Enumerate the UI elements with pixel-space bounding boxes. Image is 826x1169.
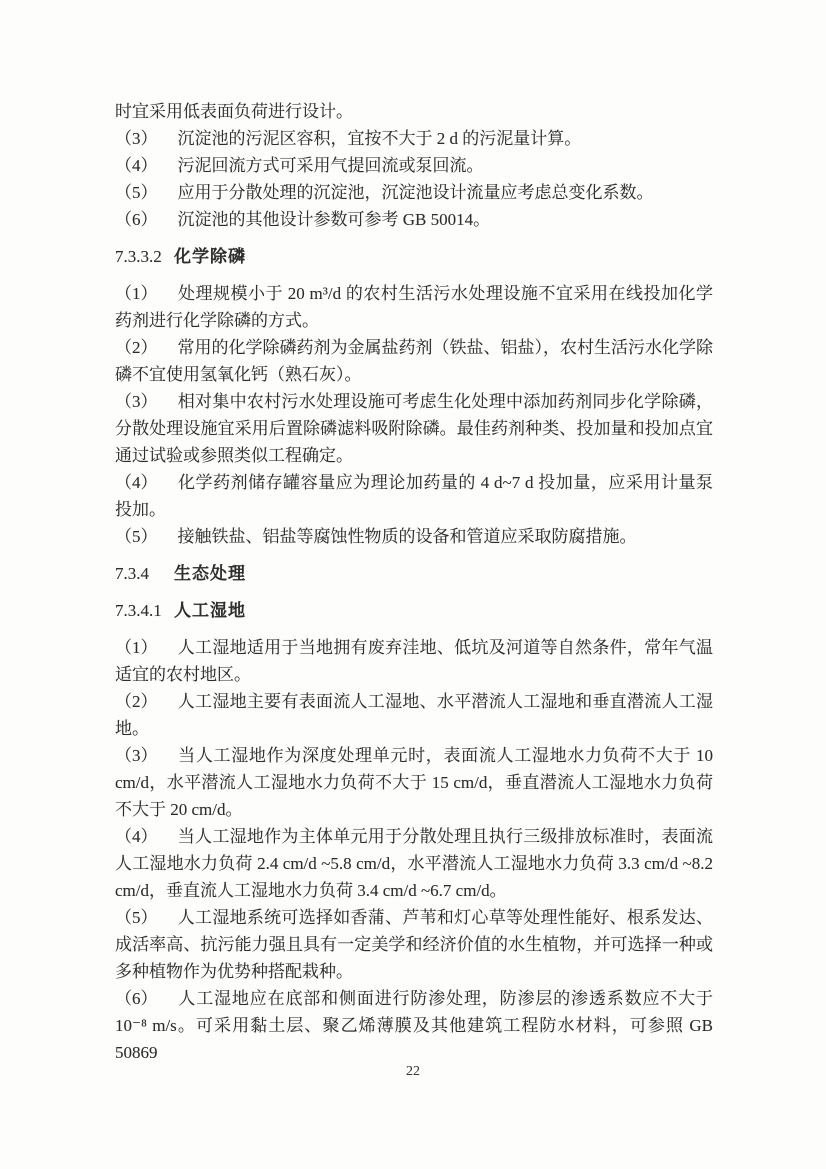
item-text: 常用的化学除磷药剂为金属盐药剂（铁盐、铝盐），农村生活污水化学除磷不宜使用氢氧化…	[115, 338, 713, 384]
heading-number: 7.3.3.2	[115, 243, 174, 270]
item-marker: （6）	[115, 985, 158, 1012]
numbered-item: （3）相对集中农村污水处理设施可考虑生化处理中添加药剂同步化学除磷，分散处理设施…	[115, 388, 713, 469]
heading-title: 化学除磷	[174, 247, 246, 266]
document-body: 时宜采用低表面负荷进行设计。 （3）沉淀池的污泥区容积，宜按不大于 2 d 的污…	[115, 98, 713, 1066]
heading-number: 7.3.4.1	[115, 597, 174, 624]
item-marker: （3）	[115, 742, 158, 769]
heading-title: 生态处理	[174, 564, 246, 583]
item-marker: （5）	[115, 179, 158, 206]
item-text: 人工湿地适用于当地拥有废弃洼地、低坑及河道等自然条件，常年气温适宜的农村地区。	[115, 638, 713, 684]
numbered-item: （6）人工湿地应在底部和侧面进行防渗处理，防渗层的渗透系数应不大于 10⁻⁸ m…	[115, 985, 713, 1066]
item-text: 化学药剂储存罐容量应为理论加药量的 4 d~7 d 投加量，应采用计量泵投加。	[115, 473, 713, 519]
heading-number: 7.3.4	[115, 560, 174, 587]
numbered-item: （4）当人工湿地作为主体单元用于分散处理且执行三级排放标准时，表面流人工湿地水力…	[115, 823, 713, 904]
item-marker: （4）	[115, 152, 158, 179]
item-text: 当人工湿地作为主体单元用于分散处理且执行三级排放标准时，表面流人工湿地水力负荷 …	[115, 827, 713, 900]
document-page: 时宜采用低表面负荷进行设计。 （3）沉淀池的污泥区容积，宜按不大于 2 d 的污…	[0, 0, 826, 1169]
numbered-item: （3）沉淀池的污泥区容积，宜按不大于 2 d 的污泥量计算。	[115, 125, 713, 152]
item-marker: （5）	[115, 523, 158, 550]
item-text: 人工湿地应在底部和侧面进行防渗处理，防渗层的渗透系数应不大于 10⁻⁸ m/s。…	[115, 989, 713, 1062]
item-text: 人工湿地主要有表面流人工湿地、水平潜流人工湿地和垂直潜流人工湿地。	[115, 692, 713, 738]
heading-title: 人工湿地	[174, 601, 246, 620]
item-text: 处理规模小于 20 m³/d 的农村生活污水处理设施不宜采用在线投加化学药剂进行…	[115, 284, 713, 330]
section-heading: 7.3.3.2化学除磷	[115, 243, 713, 270]
page-footer: 22	[0, 1062, 826, 1080]
item-text: 沉淀池的其他设计参数可参考 GB 50014。	[178, 210, 491, 229]
item-text: 相对集中农村污水处理设施可考虑生化处理中添加药剂同步化学除磷，分散处理设施宜采用…	[115, 392, 713, 465]
item-marker: （1）	[115, 634, 158, 661]
section-heading: 7.3.4.1人工湿地	[115, 597, 713, 624]
numbered-item: （6）沉淀池的其他设计参数可参考 GB 50014。	[115, 206, 713, 233]
item-marker: （4）	[115, 823, 158, 850]
paragraph-continuation: 时宜采用低表面负荷进行设计。	[115, 98, 713, 125]
item-marker: （6）	[115, 206, 158, 233]
item-marker: （3）	[115, 388, 158, 415]
item-marker: （2）	[115, 688, 158, 715]
item-text: 人工湿地系统可选择如香蒲、芦苇和灯心草等处理性能好、根系发达、成活率高、抗污能力…	[115, 908, 713, 981]
item-marker: （4）	[115, 469, 158, 496]
numbered-item: （3）当人工湿地作为深度处理单元时，表面流人工湿地水力负荷不大于 10 cm/d…	[115, 742, 713, 823]
item-text: 当人工湿地作为深度处理单元时，表面流人工湿地水力负荷不大于 10 cm/d，水平…	[115, 746, 713, 819]
item-marker: （1）	[115, 280, 158, 307]
numbered-item: （2）人工湿地主要有表面流人工湿地、水平潜流人工湿地和垂直潜流人工湿地。	[115, 688, 713, 742]
section-heading: 7.3.4生态处理	[115, 560, 713, 587]
item-text: 沉淀池的污泥区容积，宜按不大于 2 d 的污泥量计算。	[178, 129, 582, 148]
numbered-item: （1）处理规模小于 20 m³/d 的农村生活污水处理设施不宜采用在线投加化学药…	[115, 280, 713, 334]
numbered-item: （5）人工湿地系统可选择如香蒲、芦苇和灯心草等处理性能好、根系发达、成活率高、抗…	[115, 904, 713, 985]
numbered-item: （1）人工湿地适用于当地拥有废弃洼地、低坑及河道等自然条件，常年气温适宜的农村地…	[115, 634, 713, 688]
numbered-item: （2）常用的化学除磷药剂为金属盐药剂（铁盐、铝盐），农村生活污水化学除磷不宜使用…	[115, 334, 713, 388]
item-text: 接触铁盐、铝盐等腐蚀性物质的设备和管道应采取防腐措施。	[178, 527, 637, 546]
page-number: 22	[406, 1064, 420, 1079]
numbered-item: （4）污泥回流方式可采用气提回流或泵回流。	[115, 152, 713, 179]
item-text: 污泥回流方式可采用气提回流或泵回流。	[178, 156, 484, 175]
item-text: 应用于分散处理的沉淀池，沉淀池设计流量应考虑总变化系数。	[178, 183, 654, 202]
item-marker: （5）	[115, 904, 158, 931]
numbered-item: （4）化学药剂储存罐容量应为理论加药量的 4 d~7 d 投加量，应采用计量泵投…	[115, 469, 713, 523]
item-marker: （3）	[115, 125, 158, 152]
numbered-item: （5）应用于分散处理的沉淀池，沉淀池设计流量应考虑总变化系数。	[115, 179, 713, 206]
numbered-item: （5）接触铁盐、铝盐等腐蚀性物质的设备和管道应采取防腐措施。	[115, 523, 713, 550]
item-marker: （2）	[115, 334, 158, 361]
